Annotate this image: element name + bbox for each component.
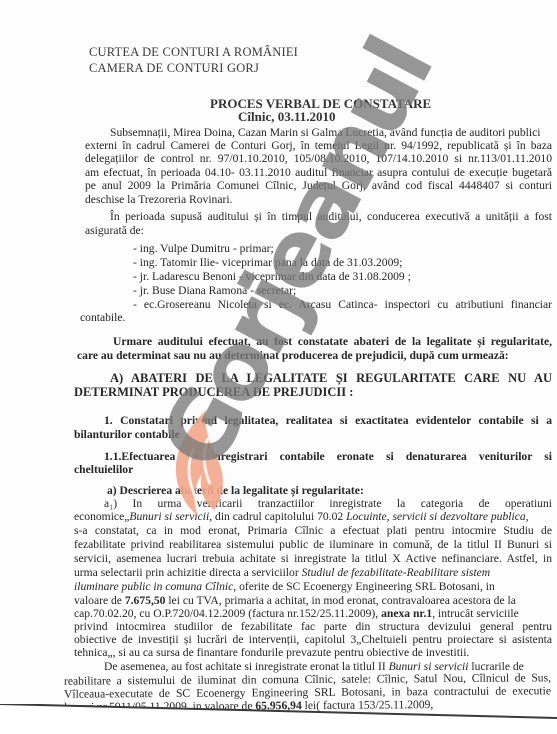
section-a-heading: A) ABATERI DE LA LEGALITATE ȘI REGULARIT… xyxy=(110,372,552,385)
body-line: iluminare public in comuna Cîlnic, oferi… xyxy=(74,580,552,593)
period-line: asigurată de: xyxy=(85,224,144,237)
body-line: urma selectarii prin achizitie directa a… xyxy=(74,566,552,579)
amount-value: 65.956,94 xyxy=(255,699,301,712)
management-item: - jr. Buse Diana Ramona - secretar; xyxy=(133,284,296,297)
body-text-italic: Locuinte, servicii si dezvoltare publica… xyxy=(346,510,528,523)
body-text: valoare de xyxy=(74,594,125,607)
body-text: , intrucât serviciile xyxy=(432,607,519,620)
body-line: servicii, asemenea lucrari trebuia achit… xyxy=(74,552,552,565)
body-line: a₁) In urma verificarii tranzactiilor in… xyxy=(104,497,552,510)
body-line: privind intocmirea studiilor de fezabili… xyxy=(74,620,552,633)
management-item: contabile. xyxy=(80,311,125,324)
body-text: , din cadrul capitolului 70.02 xyxy=(209,510,346,523)
body-text: cap.70.02.20, cu O.P.720/04.12.2009 (fac… xyxy=(74,607,381,620)
body-text: De asemenea, au fost achitate si inregis… xyxy=(104,660,389,673)
body-line: economice„Bunuri si servicii, din cadrul… xyxy=(74,510,552,523)
section-1-heading: 1. Constatari privind legalitatea, reali… xyxy=(104,414,552,427)
body-text-italic: Studiul de fezabilitate-Reabilitare sist… xyxy=(302,566,491,579)
amount-value: 7.675,50 xyxy=(125,594,166,607)
summary-line: Urmare auditului efectuat, au fost const… xyxy=(113,335,552,348)
body-line: obiective de investiții și lucrări de in… xyxy=(74,633,552,646)
management-item: - ing. Vulpe Dumitru - primar; xyxy=(133,242,274,255)
section-1-heading: bilanturilor contabile xyxy=(74,428,180,441)
annex-reference: anexa nr.1 xyxy=(381,607,432,620)
body-text: lei cu TVA, primaria a achitat, in mod e… xyxy=(165,594,515,607)
body-text-italic: iluminare public in comuna Cîlnic, xyxy=(74,580,236,593)
institution-line-1: CURTEA DE CONTURI A ROMÂNIEI xyxy=(89,46,298,59)
intro-line: delegațiilor de control nr. 97/01.10.201… xyxy=(85,152,552,165)
management-item: - ing. Tatomir Ilie- viceprimar pana la … xyxy=(133,256,402,269)
section-1-1-heading: 1.1.Efectuarea de inregistrari contabile… xyxy=(104,450,552,463)
intro-line: Subsemnații, Mirea Doina, Cazan Marin si… xyxy=(110,126,552,139)
body-line: cap.70.02.20, cu O.P.720/04.12.2009 (fac… xyxy=(74,607,552,620)
intro-line: am efectuat, în perioada 04.10- 03.11.20… xyxy=(85,166,552,179)
summary-line: care au determinat sau nu au determinat … xyxy=(77,349,509,362)
body-line: fezabilitate privind reabilitarea sistem… xyxy=(74,538,552,551)
place-date: Cîlnic, 03.11.2010 xyxy=(238,110,336,123)
scanned-document-page: CURTEA DE CONTURI A ROMÂNIEI CAMERA DE C… xyxy=(0,0,557,734)
body-text: oferite de SC Ecoenergy Engineering SRL … xyxy=(236,580,495,593)
institution-line-2: CAMERA DE CONTURI GORJ xyxy=(89,62,259,75)
intro-line: externi în cadrul Camerei de Conturi Gor… xyxy=(85,139,552,152)
management-item: - ec.Grosereanu Nicoleta si ec. Arcasu C… xyxy=(133,298,552,311)
body-line: tehnica„, si au ca sursa de finantare fo… xyxy=(74,646,469,659)
body-text-italic: Bunuri si servicii xyxy=(129,510,209,523)
section-a-heading: DETERMINAT PRODUCEREA DE PREJUDICII : xyxy=(74,386,353,399)
body-line-cut: 2009-10.2009), anexa nr.2 xyxy=(100,711,222,724)
subsection-a-heading: a) Descrierea abaterii de la legalitate … xyxy=(107,484,364,497)
body-text: lei( factura 153/25.11.2009, xyxy=(302,698,434,712)
body-line: valoare de 7.675,50 lei cu TVA, primaria… xyxy=(74,594,552,607)
intro-line: deschise la Trezoreria Rovinari. xyxy=(85,193,232,206)
management-item: - jr. Ladarescu Benoni - viceprimar din … xyxy=(133,270,411,283)
body-line: s-a constatat, ca in mod eronat, Primari… xyxy=(74,524,552,537)
section-1-1-heading: cheltuielilor xyxy=(74,463,133,476)
body-text: urma selectarii prin achizitie directa a… xyxy=(74,566,302,579)
period-line: În perioada supusă auditului și în timpu… xyxy=(110,210,552,223)
body-text: economice„ xyxy=(74,510,129,523)
intro-line: pe anul 2009 la Primăria Comunei Cîlnic,… xyxy=(85,179,552,192)
